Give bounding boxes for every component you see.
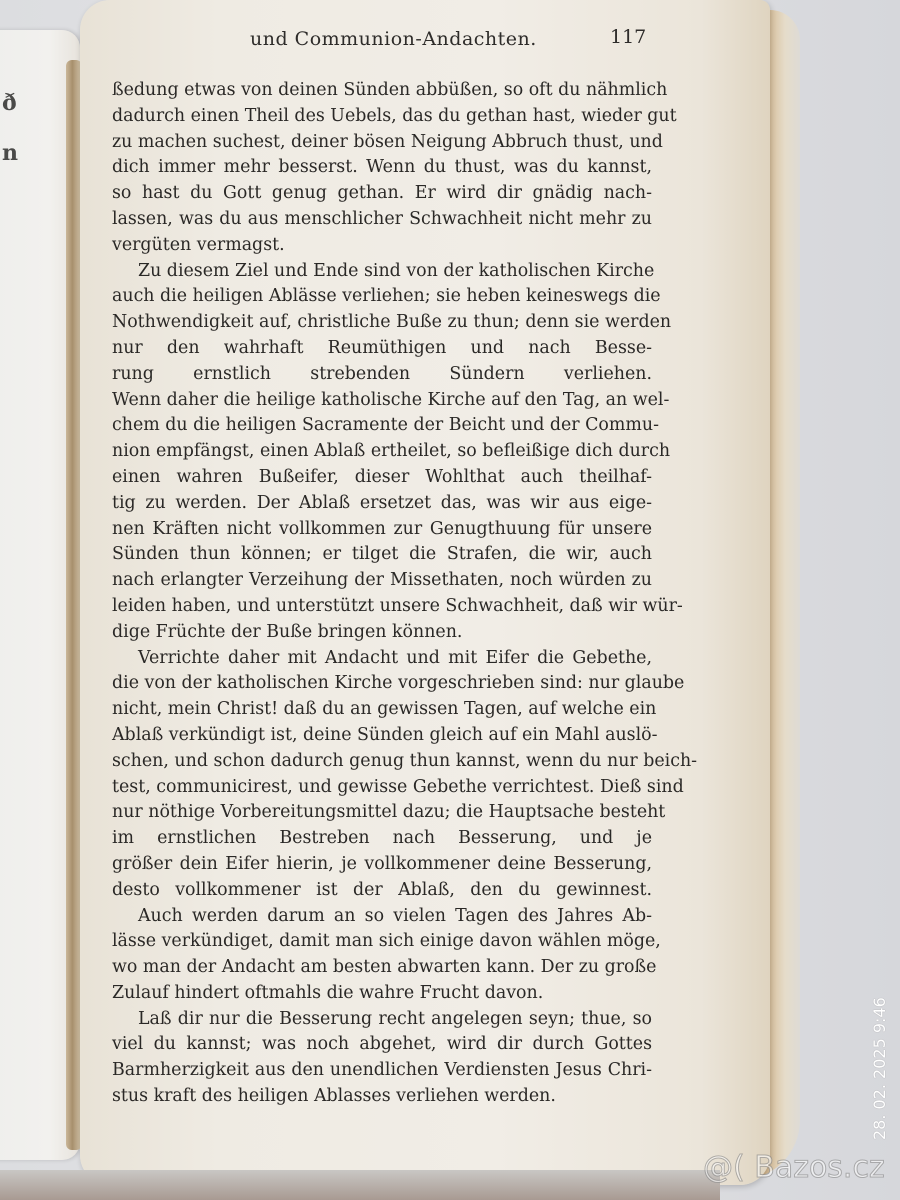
text-line: nur nöthige Vorbereitungsmittel dazu; di… [112,800,652,826]
text-line: Sünden thun können; er tilget die Strafe… [112,542,652,568]
text-line: rung ernstlich strebenden Sündern verlie… [112,362,652,388]
text-line: nur den wahrhaft Reumüthigen und nach Be… [112,336,652,362]
left-page-text-fragment: ð [2,90,17,116]
text-line: nion empfängst, einen Ablaß ertheilet, s… [112,439,652,465]
text-line: auch die heiligen Ablässe verliehen; sie… [112,284,652,310]
text-line: schen, und schon dadurch genug thun kann… [112,749,652,775]
text-line: einen wahren Bußeifer, dieser Wohlthat a… [112,465,652,491]
running-head: und Communion-Andachten. [250,28,537,50]
text-line: lassen, was du aus menschlicher Schwachh… [112,207,652,233]
watermark: @( Bazos.cz [703,1150,885,1185]
text-line: Wenn daher die heilige katholische Kirch… [112,388,652,414]
text-line: stus kraft des heiligen Ablasses verlieh… [112,1084,652,1110]
page-number: 117 [610,26,646,48]
text-line: nicht, mein Christ! daß du an gewissen T… [112,697,652,723]
text-line: wo man der Andacht am besten abwarten ka… [112,955,652,981]
table-surface-shadow [0,1170,720,1200]
book-page: und Communion-Andachten. 117 ßedung etwa… [80,0,770,1185]
text-line: dadurch einen Theil des Uebels, das du g… [112,104,652,130]
text-line: zu machen suchest, deiner bösen Neigung … [112,130,652,156]
text-line: die von der katholischen Kirche vorgesch… [112,671,652,697]
text-line: nach erlangter Verzeihung der Missethate… [112,568,652,594]
text-line: Laß dir nur die Besserung recht angelege… [112,1007,652,1033]
text-line: viel du kannst; was noch abgehet, wird d… [112,1032,652,1058]
text-line: so hast du Gott genug gethan. Er wird di… [112,181,652,207]
text-line: desto vollkommener ist der Ablaß, den du… [112,878,652,904]
text-line: dige Früchte der Buße bringen können. [112,620,652,646]
text-line: test, communicirest, und gewisse Gebethe… [112,775,652,801]
text-line: im ernstlichen Bestreben nach Besserung,… [112,826,652,852]
text-line: Auch werden darum an so vielen Tagen des… [112,904,652,930]
text-line: Zulauf hindert oftmahls die wahre Frucht… [112,981,652,1007]
text-line: größer dein Eifer hierin, je vollkommene… [112,852,652,878]
body-text: ßedung etwas von deinen Sünden abbüßen, … [112,78,652,1110]
photo-timestamp: 28. 02. 2025 9:46 [870,997,889,1140]
text-line: tig zu werden. Der Ablaß ersetzet das, w… [112,491,652,517]
text-line: ßedung etwas von deinen Sünden abbüßen, … [112,78,652,104]
text-line: Ablaß verkündigt ist, deine Sünden gleic… [112,723,652,749]
text-line: vergüten vermagst. [112,233,652,259]
text-line: Nothwendigkeit auf, christliche Buße zu … [112,310,652,336]
text-line: nen Kräften nicht vollkommen zur Genugth… [112,517,652,543]
text-line: leiden haben, und unterstützt unsere Sch… [112,594,652,620]
text-line: dich immer mehr besserst. Wenn du thust,… [112,155,652,181]
text-line: chem du die heiligen Sacramente der Beic… [112,413,652,439]
text-line: lässe verkündiget, damit man sich einige… [112,929,652,955]
text-line: Zu diesem Ziel und Ende sind von der kat… [112,259,652,285]
text-line: Barmherzigkeit aus den unendlichen Verdi… [112,1058,652,1084]
left-page-text-fragment: n [2,140,18,166]
text-line: Verrichte daher mit Andacht und mit Eife… [112,646,652,672]
